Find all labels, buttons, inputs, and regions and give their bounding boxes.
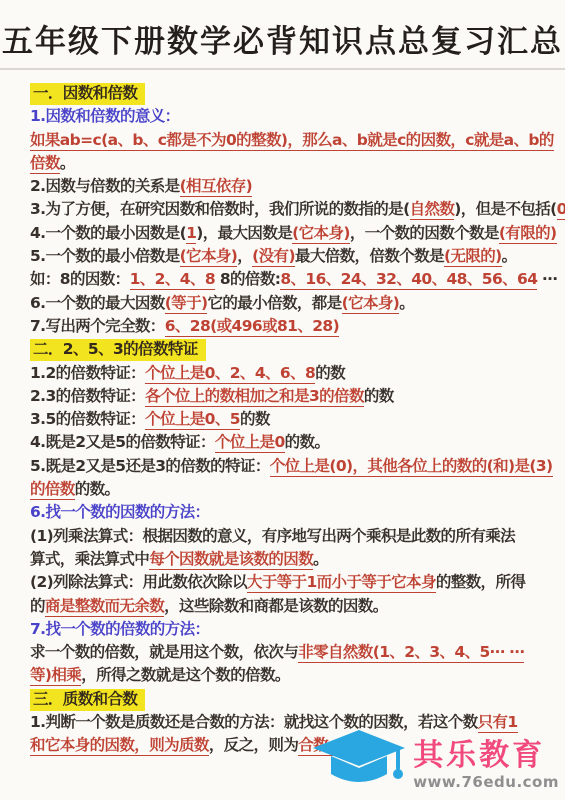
answer-text: 大于等于1而小于等于它本身 [247,573,436,593]
doc-line: 1.2的倍数特证：个位上是0、2、4、6、8的数 [30,362,565,385]
body-text: 求一个数的倍数，就是用这个数，依次与 [30,643,298,661]
title-divider [0,68,565,70]
doc-line: 算式，乘法算式中每个因数就是该数的因数。 [30,548,565,571]
section-row: 二．2、5、3的倍数特证 [30,338,565,361]
answer-text: (有限的) [499,224,557,244]
answer-text: (等于) [165,294,208,314]
answer-text: (没有) [252,247,295,267]
body-text: ，这些除数和商都是该数的因数。 [164,597,388,615]
answer-text: 每个因数就是该数的因数 [149,550,313,570]
body-text: ，一个数的因数个数是 [350,224,499,242]
body-text: 。 [60,154,75,172]
document-page: 五年级下册数学必背知识点总复习汇总 一．因数和倍数1.因数和倍数的意义：如果ab… [0,0,565,800]
body-text: ， [237,247,252,265]
answer-text: 倍数 [30,154,60,174]
body-text: (2)列除法算式：用此数依次除以 [30,573,247,591]
doc-line: 等)相乘，所得之数就是这个数的倍数。 [30,664,565,687]
brand-url: www.76edu.com [413,772,559,792]
body-text: 如：8的因数： [30,270,130,288]
section-row: 三．质数和合数 [30,688,565,711]
doc-line: 2.3的倍数特证：各个位上的数相加之和是3的倍数的数 [30,385,565,408]
subheading-text: 1.因数和倍数的意义： [30,107,180,125]
answer-text: 自然数 [410,200,455,220]
body-text: 2.3的倍数特证： [30,387,145,405]
section-header: 一．因数和倍数 [30,83,145,105]
body-text: (1)列乘法算式：根据因数的意义，有序地写出两个乘积是此数的所有乘法 [30,527,515,545]
page-title: 五年级下册数学必背知识点总复习汇总 [0,0,565,61]
body-text: 5.一个数的最小倍数是 [30,247,180,265]
answer-text: 0 [557,200,565,220]
answer-text: 个位上是(0)，其他各位上的数的(和)是(3) [270,457,553,477]
answer-text: 商是整数而无余数 [45,597,164,617]
body-text: 的数。 [285,433,330,451]
section-header: 二．2、5、3的倍数特证 [30,339,206,361]
body-text: 3.为了方便，在研究因数和倍数时，我们所说的数指的是( [30,200,410,218]
body-text: )，最大因数是 [196,224,292,242]
answer-text: (相互依存) [180,177,253,197]
answer-text: 个位上是0、5 [145,410,240,430]
body-text: 5.既是2又是5还是3的倍数的特证： [30,457,270,475]
section-header: 三．质数和合数 [30,689,145,711]
answer-text: 个位上是0、2、4、6、8 [145,364,315,384]
doc-line: 4.既是2又是5的倍数特证：个位上是0的数。 [30,431,565,454]
body-text: 4.一个数的最小因数是( [30,224,186,242]
body-text: ，所得之数就是这个数的倍数。 [81,666,290,684]
body-text: 2.因数与倍数的关系是 [30,177,180,195]
body-text: 1.2的倍数特证： [30,364,145,382]
brand-name: 其乐教育 [413,740,545,772]
answer-text: (无限的) [444,247,502,267]
doc-line: 如：8的因数：1、2、4、8 8的倍数:8、16、24、32、40、48、56、… [30,268,565,291]
doc-line: 2.因数与倍数的关系是(相互依存) [30,175,565,198]
body-text: ，反之，则为 [209,736,298,754]
subheading-text: 6.找一个数的因数的方法： [30,503,209,521]
doc-line: 7.写出两个完全数：6、28(或496或81、28) [30,315,565,338]
body-text: 的 [30,597,45,615]
body-text: 6.一个数的最大因数 [30,294,165,312]
body-text: 。 [313,550,328,568]
doc-line: (2)列除法算式：用此数依次除以大于等于1而小于等于它本身的整数，所得 [30,571,565,594]
answer-text: 个位上是0 [215,433,285,453]
body-text: 8的倍数: [215,270,280,288]
doc-line: 如果ab=c(a、b、c都是不为0的整数)，那么a、b就是c的因数，c就是a、b… [30,129,565,152]
body-text: 。 [502,247,517,265]
doc-line: 的商是整数而无余数，这些除数和商都是该数的因数。 [30,595,565,618]
brand-watermark: 其乐教育 www.76edu.com [311,728,559,792]
doc-line: (1)列乘法算式：根据因数的意义，有序地写出两个乘积是此数的所有乘法 [30,525,565,548]
body-text: 算式，乘法算式中 [30,550,149,568]
body-text: 7.写出两个完全数： [30,317,165,335]
doc-line: 3.5的倍数特证：个位上是0、5的数 [30,408,565,431]
subheading-text: 7.找一个数的倍数的方法： [30,620,209,638]
answer-text: 1、2、4、8 [130,270,215,290]
body-text: ⋯ [537,270,557,288]
doc-line: 1.因数和倍数的意义： [30,105,565,128]
doc-line: 的倍数的数。 [30,478,565,501]
document-body: 一．因数和倍数1.因数和倍数的意义：如果ab=c(a、b、c都是不为0的整数)，… [0,78,565,758]
doc-line: 5.一个数的最小倍数是(它本身)，(没有)最大倍数，倍数个数是(无限的)。 [30,245,565,268]
answer-text: 和它本身的因数，则为质数 [30,736,209,756]
answer-text: 8、16、24、32、40、48、56、64 [280,270,537,290]
answer-text: 1 [186,224,196,244]
body-text: 的数 [315,364,345,382]
body-text: 它的最小倍数，都是 [207,294,341,312]
body-text: 的整数，所得 [436,573,525,591]
doc-line: 5.既是2又是5还是3的倍数的特证：个位上是(0)，其他各位上的数的(和)是(3… [30,455,565,478]
answer-text: 非零自然数(1、2、3、4、5⋯ ⋯ [298,643,524,663]
doc-line: 倍数。 [30,152,565,175]
body-text: 3.5的倍数特证： [30,410,145,428]
answer-text: 的倍数 [30,480,75,500]
doc-line: 6.找一个数的因数的方法： [30,501,565,524]
graduation-cap-icon [311,728,407,792]
answer-text: 如果ab=c(a、b、c都是不为0的整数)，那么a、b就是c的因数，c就是a、b… [30,131,554,151]
answer-text: 等)相乘 [30,666,81,686]
answer-text: 6、28(或496或81、28) [165,317,339,337]
answer-text: (它本身) [292,224,350,244]
body-text: 的数。 [75,480,120,498]
doc-line: 6.一个数的最大因数(等于)它的最小倍数，都是(它本身)。 [30,292,565,315]
body-text: 4.既是2又是5的倍数特证： [30,433,215,451]
doc-line: 7.找一个数的倍数的方法： [30,618,565,641]
body-text: 的数 [240,410,270,428]
doc-line: 3.为了方便，在研究因数和倍数时，我们所说的数指的是(自然数)，但是不包括(0) [30,198,565,221]
body-text: 最大倍数，倍数个数是 [295,247,444,265]
answer-text: (它本身) [342,294,400,314]
body-text: 。 [399,294,414,312]
body-text: 的数 [364,387,394,405]
body-text: )，但是不包括( [454,200,556,218]
answer-text: (它本身) [180,247,238,267]
doc-line: 求一个数的倍数，就是用这个数，依次与非零自然数(1、2、3、4、5⋯ ⋯ [30,641,565,664]
answer-text: 各个位上的数相加之和是3的倍数 [145,387,364,407]
doc-line: 4.一个数的最小因数是(1)，最大因数是(它本身)，一个数的因数个数是(有限的) [30,222,565,245]
section-row: 一．因数和倍数 [30,82,565,105]
